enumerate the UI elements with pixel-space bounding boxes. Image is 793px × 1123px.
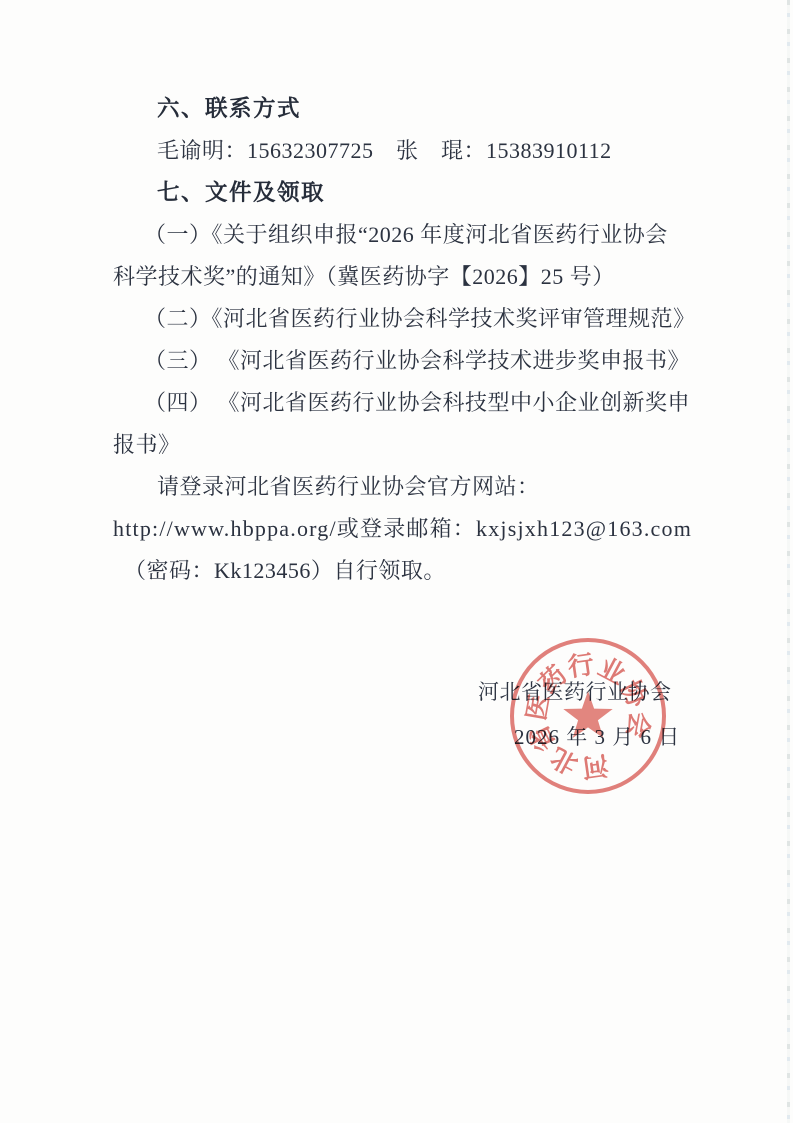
file-item-1-line-1: （一）《关于组织申报“2026 年度河北省医药行业协会: [113, 214, 717, 256]
file-item-3: （三） 《河北省医药行业协会科学技术进步奖申报书》: [113, 340, 717, 382]
seal-character: 河: [580, 750, 610, 783]
document-page: 六、联系方式 毛谕明：15632307725 张 琨：15383910112 七…: [0, 0, 793, 1123]
website-and-email-line: http://www.hbppa.org/或登录邮箱：kxjsjxh123@16…: [113, 508, 717, 550]
website-intro-line: 请登录河北省医药行业协会官方网站：: [113, 466, 717, 508]
file-item-2: （二）《河北省医药行业协会科学技术奖评审管理规范》: [113, 298, 717, 340]
contact-phones-line: 毛谕明：15632307725 张 琨：15383910112: [113, 130, 717, 172]
file-item-4-line-1: （四） 《河北省医药行业协会科技型中小企业创新奖申: [113, 382, 717, 424]
section-heading-files: 七、文件及领取: [113, 172, 717, 214]
file-item-4-line-2: 报书》: [113, 424, 717, 466]
seal-star-icon: [563, 691, 612, 738]
seal-character: 会: [621, 709, 655, 740]
seal-character: 药: [533, 659, 573, 699]
scan-edge-artifact: [787, 0, 790, 1123]
file-item-1-line-2: 科学技术奖”的通知》（冀医药协字【2026】25 号）: [113, 256, 717, 298]
section-heading-contact: 六、联系方式: [113, 88, 717, 130]
document-body: 六、联系方式 毛谕明：15632307725 张 琨：15383910112 七…: [113, 88, 717, 592]
seal-character: 行: [566, 649, 596, 682]
password-line: （密码：Kk123456）自行领取。: [113, 550, 717, 592]
official-seal: 河 北 省 医 药 行 业 协 会: [502, 630, 674, 802]
